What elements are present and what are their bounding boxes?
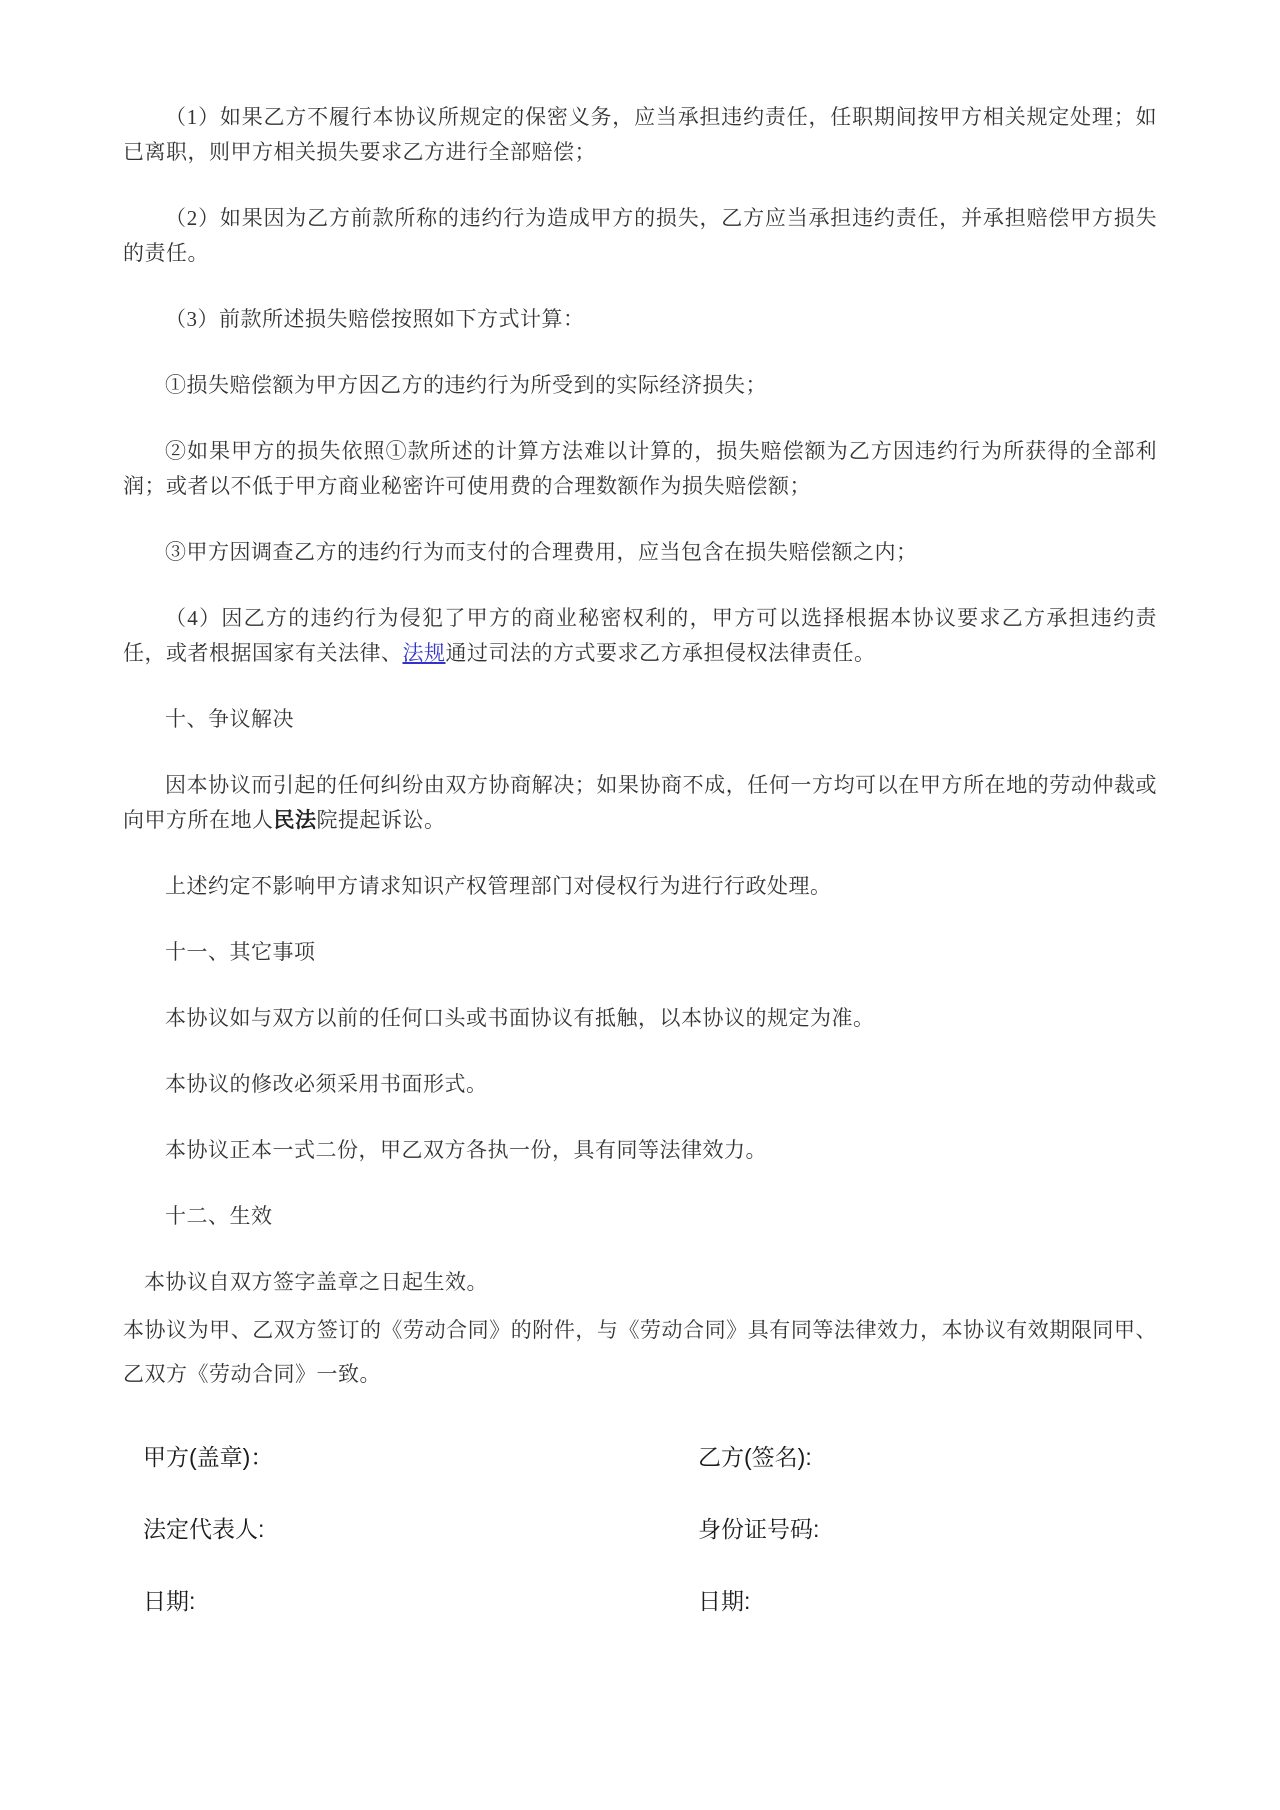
text-run: 十二、生效 bbox=[165, 1204, 273, 1228]
text-run: （3）前款所述损失赔偿按照如下方式计算： bbox=[165, 307, 585, 331]
party-a-date-label: 日期: bbox=[123, 1586, 698, 1616]
signature-row-2: 法定代表人: 身份证号码: bbox=[123, 1514, 1157, 1544]
heading-section-11: 十一、其它事项 bbox=[123, 935, 1157, 970]
clause-calc-3: ③甲方因调查乙方的违约行为而支付的合理费用，应当包含在损失赔偿额之内； bbox=[123, 535, 1157, 570]
text-run: 十、争议解决 bbox=[165, 707, 294, 731]
clause-labor-contract-annex: 本协议为甲、乙双方签订的《劳动合同》的附件，与《劳动合同》具有同等法律效力，本协… bbox=[123, 1308, 1157, 1396]
text-run: 本协议自双方签字盖章之日起生效。 bbox=[144, 1270, 488, 1294]
signature-row-1: 甲方(盖章)： 乙方(签名): bbox=[123, 1442, 1157, 1472]
party-b-sign-label: 乙方(签名): bbox=[698, 1442, 1157, 1472]
fagui-link[interactable]: 法规 bbox=[403, 641, 446, 665]
text-run: 本协议的修改必须采用书面形式。 bbox=[165, 1072, 488, 1096]
text-run: 院提起诉讼。 bbox=[317, 808, 446, 832]
clause-breach-3: （3）前款所述损失赔偿按照如下方式计算： bbox=[123, 302, 1157, 337]
clause-precedence: 本协议如与双方以前的任何口头或书面协议有抵触，以本协议的规定为准。 bbox=[123, 1001, 1157, 1036]
party-b-id-number-label: 身份证号码: bbox=[698, 1514, 1157, 1544]
contract-page: （1）如果乙方不履行本协议所规定的保密义务，应当承担违约责任，任职期间按甲方相关… bbox=[123, 0, 1157, 1616]
text-run: （2）如果因为乙方前款所称的违约行为造成甲方的损失，乙方应当承担违约责任，并承担… bbox=[123, 206, 1157, 265]
party-b-date-label: 日期: bbox=[698, 1586, 1157, 1616]
clause-breach-1: （1）如果乙方不履行本协议所规定的保密义务，应当承担违约责任，任职期间按甲方相关… bbox=[123, 100, 1157, 170]
heading-section-10: 十、争议解决 bbox=[123, 702, 1157, 737]
party-a-seal-label: 甲方(盖章)： bbox=[123, 1442, 698, 1472]
document-body: （1）如果乙方不履行本协议所规定的保密义务，应当承担违约责任，任职期间按甲方相关… bbox=[123, 100, 1157, 1396]
text-run: ②如果甲方的损失依照①款所述的计算方法难以计算的，损失赔偿额为乙方因违约行为所获… bbox=[123, 439, 1157, 498]
text-run: 上述约定不影响甲方请求知识产权管理部门对侵权行为进行行政处理。 bbox=[165, 874, 832, 898]
text-run: 十一、其它事项 bbox=[165, 940, 316, 964]
clause-dispute: 因本协议而引起的任何纠纷由双方协商解决；如果协商不成，任何一方均可以在甲方所在地… bbox=[123, 768, 1157, 838]
party-a-representative-label: 法定代表人: bbox=[123, 1514, 698, 1544]
text-run: 本协议为甲、乙双方签订的《劳动合同》的附件，与《劳动合同》具有同等法律效力，本协… bbox=[123, 1318, 1157, 1386]
clause-breach-4: （4）因乙方的违约行为侵犯了甲方的商业秘密权利的，甲方可以选择根据本协议要求乙方… bbox=[123, 601, 1157, 671]
text-run: 通过司法的方式要求乙方承担侵权法律责任。 bbox=[446, 641, 876, 665]
text-run: （1）如果乙方不履行本协议所规定的保密义务，应当承担违约责任，任职期间按甲方相关… bbox=[123, 105, 1157, 164]
signature-row-3: 日期: 日期: bbox=[123, 1586, 1157, 1616]
clause-breach-2: （2）如果因为乙方前款所称的违约行为造成甲方的损失，乙方应当承担违约责任，并承担… bbox=[123, 201, 1157, 271]
clause-admin-remedy: 上述约定不影响甲方请求知识产权管理部门对侵权行为进行行政处理。 bbox=[123, 869, 1157, 904]
clause-calc-2: ②如果甲方的损失依照①款所述的计算方法难以计算的，损失赔偿额为乙方因违约行为所获… bbox=[123, 434, 1157, 504]
bold-term: 民法 bbox=[274, 808, 317, 832]
text-run: ③甲方因调查乙方的违约行为而支付的合理费用，应当包含在损失赔偿额之内； bbox=[165, 540, 918, 564]
clause-calc-1: ①损失赔偿额为甲方因乙方的违约行为所受到的实际经济损失； bbox=[123, 368, 1157, 403]
clause-copies: 本协议正本一式二份，甲乙双方各执一份，具有同等法律效力。 bbox=[123, 1133, 1157, 1168]
heading-section-12: 十二、生效 bbox=[123, 1199, 1157, 1234]
text-run: 本协议如与双方以前的任何口头或书面协议有抵触，以本协议的规定为准。 bbox=[165, 1006, 875, 1030]
text-run: ①损失赔偿额为甲方因乙方的违约行为所受到的实际经济损失； bbox=[165, 373, 767, 397]
clause-effective-date: 本协议自双方签字盖章之日起生效。 bbox=[123, 1265, 1157, 1300]
clause-amendment: 本协议的修改必须采用书面形式。 bbox=[123, 1067, 1157, 1102]
text-run: 本协议正本一式二份，甲乙双方各执一份，具有同等法律效力。 bbox=[165, 1138, 767, 1162]
signature-block: 甲方(盖章)： 乙方(签名): 法定代表人: 身份证号码: 日期: 日期: bbox=[123, 1442, 1157, 1616]
